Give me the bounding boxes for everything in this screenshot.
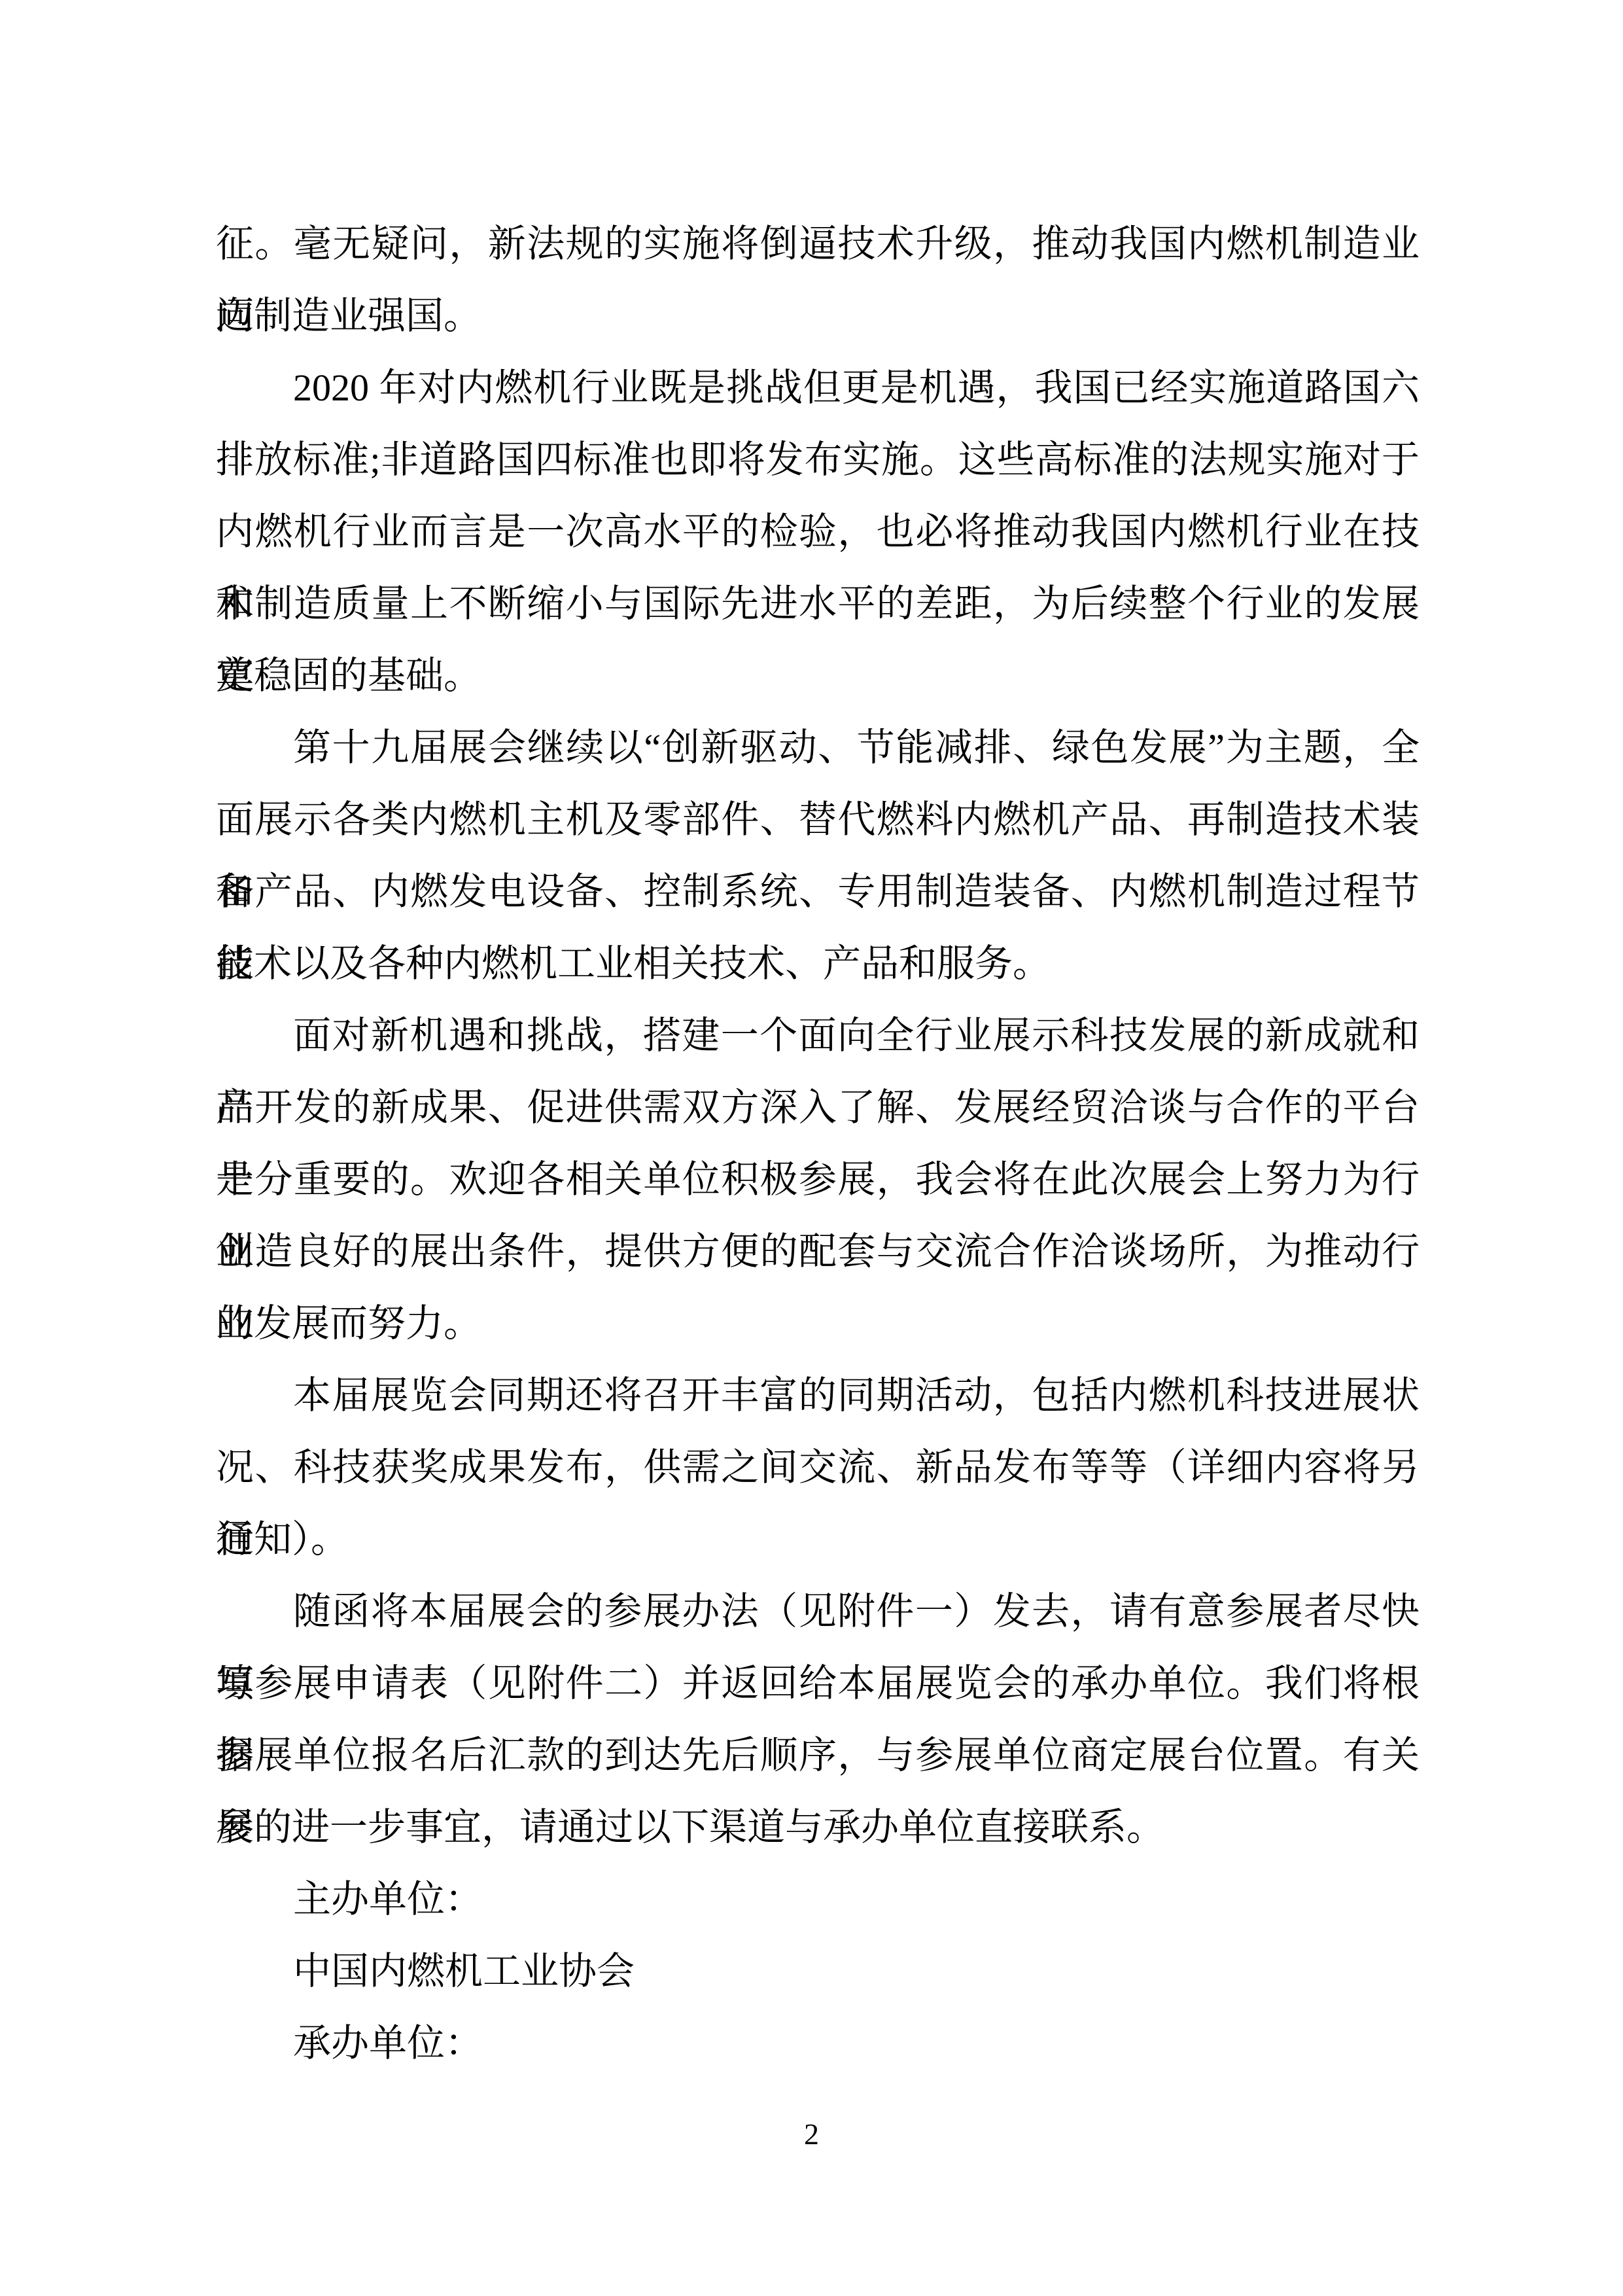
organizer-name-line: 中国内燃机工业协会 xyxy=(216,1935,1420,2007)
undertaker-label-line: 承办单位： xyxy=(216,2007,1420,2079)
text-line: 和制造质量上不断缩小与国际先进水平的差距，为后续整个行业的发展奠 xyxy=(216,568,1420,640)
text-line: 面展示各类内燃机主机及零部件、替代燃料内燃机产品、再制造技术装备 xyxy=(216,784,1420,856)
page-footer: 2 xyxy=(0,2115,1623,2154)
text-line: 展的进一步事宜，请通过以下渠道与承办单位直接联系。 xyxy=(216,1792,1420,1863)
text-line: 创造良好的展出条件，提供方便的配套与交流合作洽谈场所，为推动行业 xyxy=(216,1216,1420,1288)
text-line: 参展单位报名后汇款的到达先后顺序，与参展单位商定展台位置。有关参 xyxy=(216,1720,1420,1792)
text-line: 内燃机行业而言是一次高水平的检验，也必将推动我国内燃机行业在技术 xyxy=(216,496,1420,568)
text-line: 排放标准;非道路国四标准也即将发布实施。这些高标准的法规实施对于 xyxy=(216,424,1420,496)
text-line: 随函将本届展会的参展办法（见附件一）发去，请有意参展者尽快填 xyxy=(216,1576,1420,1648)
text-line: 写参展申请表（见附件二）并返回给本届展览会的承办单位。我们将根据 xyxy=(216,1648,1420,1720)
text-line: 2020 年对内燃机行业既是挑战但更是机遇，我国已经实施道路国六 xyxy=(216,352,1420,424)
text-line: 技术以及各种内燃机工业相关技术、产品和服务。 xyxy=(216,928,1420,1000)
text-line: 的发展而努力。 xyxy=(216,1288,1420,1360)
text-line: 十分重要的。欢迎各相关单位积极参展，我会将在此次展会上努力为行业 xyxy=(216,1144,1420,1216)
text-line: 通知）。 xyxy=(216,1504,1420,1576)
page-number: 2 xyxy=(804,2117,819,2151)
organizer-label-line: 主办单位： xyxy=(216,1863,1420,1935)
text-line: 征。毫无疑问，新法规的实施将倒逼技术升级，推动我国内燃机制造业迈 xyxy=(216,208,1420,280)
text-line: 定稳固的基础。 xyxy=(216,640,1420,712)
text-line: 向制造业强国。 xyxy=(216,280,1420,352)
text-line: 品开发的新成果、促进供需双方深入了解、发展经贸洽谈与合作的平台是 xyxy=(216,1072,1420,1144)
text-line: 和产品、内燃发电设备、控制系统、专用制造装备、内燃机制造过程节能 xyxy=(216,856,1420,928)
text-line: 第十九届展会继续以“创新驱动、节能减排、绿色发展”为主题，全 xyxy=(216,712,1420,784)
text-line: 本届展览会同期还将召开丰富的同期活动，包括内燃机科技进展状 xyxy=(216,1360,1420,1432)
document-body: 征。毫无疑问，新法规的实施将倒逼技术升级，推动我国内燃机制造业迈 向制造业强国。… xyxy=(216,208,1420,2079)
document-page: 征。毫无疑问，新法规的实施将倒逼技术升级，推动我国内燃机制造业迈 向制造业强国。… xyxy=(0,0,1623,2296)
text-line: 面对新机遇和挑战，搭建一个面向全行业展示科技发展的新成就和产 xyxy=(216,1000,1420,1072)
text-line: 况、科技获奖成果发布，供需之间交流、新品发布等等（详细内容将另行 xyxy=(216,1432,1420,1504)
